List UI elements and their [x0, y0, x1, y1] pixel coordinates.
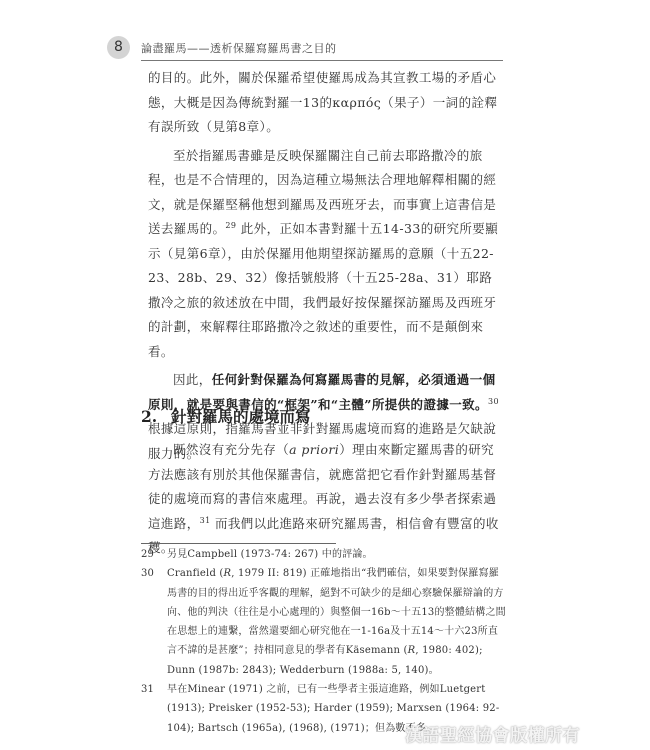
section-heading: 2.針對羅馬的處境而寫 — [141, 405, 311, 427]
footnote-29: 29 另見Campbell (1973-74: 267) 中的評論。 — [141, 545, 506, 564]
page-number-badge: 8 — [107, 36, 130, 59]
section-title: 針對羅馬的處境而寫 — [171, 407, 311, 426]
footnote-rule — [141, 543, 336, 544]
paragraph-1: 的目的。此外，關於保羅希望使羅馬成為其宣教工場的矛盾心態，大概是因為傳統對羅一1… — [148, 66, 503, 140]
footnote-30: 30 Cranfield (R, 1979 II: 819) 正確地指出“我們確… — [141, 564, 506, 680]
footnote-ref-31[interactable]: 31 — [200, 515, 211, 524]
paragraph-2: 至於指羅馬書雖是反映保羅關注自己前去耶路撒冷的旅程，也是不合情理的，因為這種立場… — [148, 144, 503, 365]
footnote-number: 31 — [141, 680, 167, 738]
footnote-text: Cranfield (R, 1979 II: 819) 正確地指出“我們確信，如… — [167, 564, 506, 680]
footnote-number: 30 — [141, 564, 167, 680]
footnotes: 29 另見Campbell (1973-74: 267) 中的評論。 30 Cr… — [141, 545, 506, 738]
footnote-30-b: , 1979 II: 819) 正確地指出“我們確信，如果要對保羅寫羅馬書的目的… — [167, 568, 506, 656]
header-rule — [141, 60, 503, 61]
footnote-ref-30[interactable]: 30 — [488, 396, 499, 405]
section-number: 2. — [141, 407, 171, 426]
footnote-text: 另見Campbell (1973-74: 267) 中的評論。 — [167, 545, 506, 564]
latin-term: a priori — [289, 442, 339, 457]
paragraph-3-lead: 因此， — [173, 372, 212, 387]
copyright-watermark: 漢語聖經協會版權所有 — [405, 721, 580, 746]
paragraph-2-text-b: 此外，正如本書對羅十五14-33的研究所要顯示（見第6章），由於保羅用他期望探訪… — [148, 221, 498, 359]
footnote-number: 29 — [141, 545, 167, 564]
footnote-ref-29[interactable]: 29 — [225, 221, 236, 230]
running-head-title: 論盡羅馬——透析保羅寫羅馬書之目的 — [141, 40, 337, 56]
footnote-30-a: Cranfield ( — [167, 568, 224, 579]
paragraph-4-text-a: 既然沒有充分先存（ — [173, 442, 289, 457]
greek-word: καρπός — [332, 95, 381, 110]
